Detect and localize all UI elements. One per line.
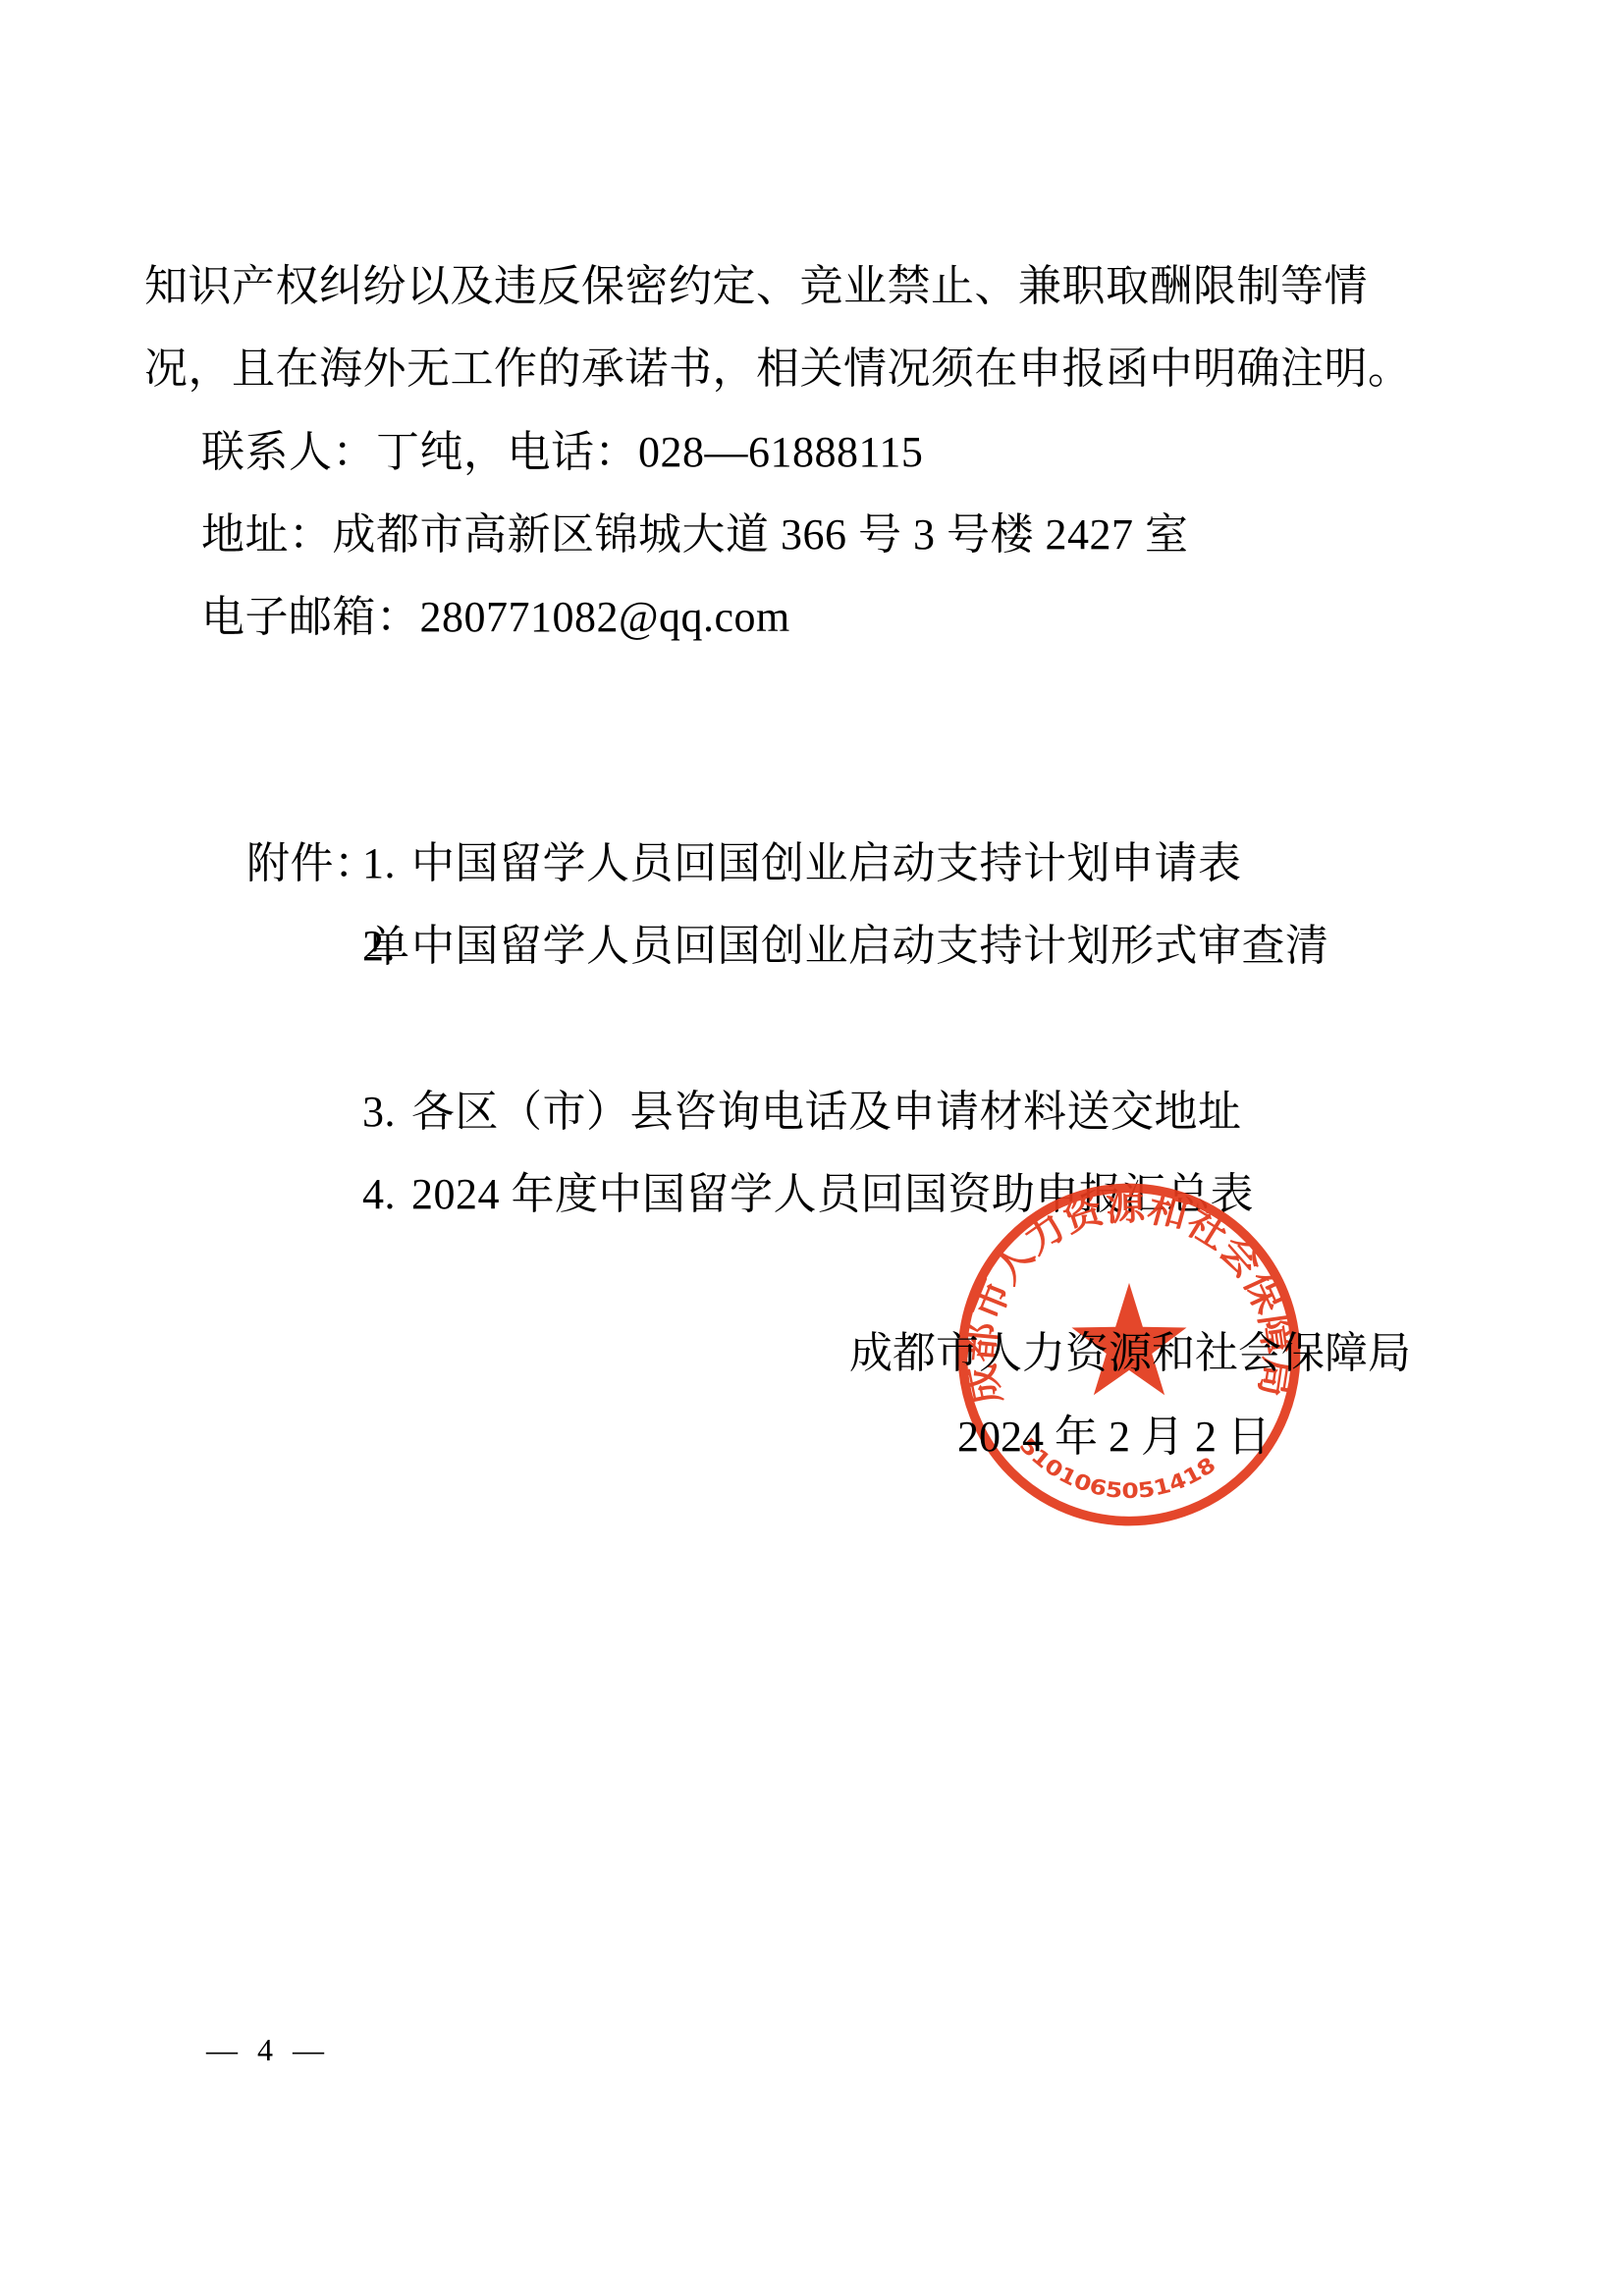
contact-person-line: 联系人：丁纯，电话：028—61888115 [201, 411, 923, 494]
paragraph-line-2: 况，且在海外无工作的承诺书，相关情况须在申报函中明确注明。 [144, 328, 1412, 410]
contact-email-line: 电子邮箱：280771082@qq.com [201, 576, 790, 659]
issue-date: 2024 年 2 月 2 日 [957, 1396, 1271, 1478]
attachment-item-2-continuation: 单 [366, 906, 410, 988]
page-number: — 4 — [206, 2028, 330, 2071]
contact-address-line: 地址：成都市高新区锦城大道 366 号 3 号楼 2427 室 [201, 494, 1189, 576]
attachment-text: 中国留学人员回国创业启动支持计划形式审查清 [411, 922, 1329, 970]
attachment-number: 4. [362, 1153, 411, 1236]
issuer-name: 成都市人力资源和社会保障局 [849, 1312, 1411, 1395]
document-page: 知识产权纠纷以及违反保密约定、竞业禁止、兼职取酬限制等情 况，且在海外无工作的承… [0, 0, 1624, 2296]
paragraph-line-1: 知识产权纠纷以及违反保密约定、竞业禁止、兼职取酬限制等情 [144, 245, 1368, 328]
